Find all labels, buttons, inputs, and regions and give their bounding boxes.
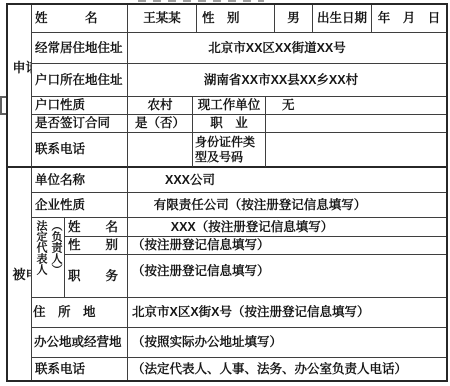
applicant-side-label: 申请人 (13, 58, 27, 77)
company-name-label-cell: 单位名称 (32, 168, 128, 193)
respondent-residence-label: 住 所 地 (33, 305, 96, 319)
occupation-value-cell (266, 115, 446, 133)
legal-rep-title-label-cell: 职 务 (65, 255, 128, 298)
household-address-value-cell: 湖南省XX市XX县XX乡XX村 (128, 64, 446, 97)
legal-rep-label: 法定代表人 (34, 220, 47, 275)
id-type-number-label-cell: 身份证件类型及号码 (193, 133, 266, 168)
gender-label: 性 别 (202, 11, 240, 25)
legal-rep-title-label: 职 务 (68, 269, 118, 283)
applicant-phone-label: 联系电话 (35, 142, 85, 156)
respondent-side-label-cell: 被申请人 (8, 168, 32, 380)
household-type-label-cell: 户口性质 (32, 97, 128, 115)
residence-address-value: 北京市XX区XX街道XX号 (208, 41, 346, 55)
company-type-value: 有限责任公司（按注册登记信息填写） (154, 198, 367, 212)
office-location-label: 办公地或经营地 (34, 335, 122, 349)
contract-signed-label-cell: 是否签订合同 (32, 115, 128, 133)
household-type-value: 农村 (147, 98, 172, 112)
household-address-label: 户口所在地住址 (35, 73, 123, 87)
respondent-side-label: 被申请人 (13, 262, 27, 287)
name-label: 姓 名 (35, 11, 98, 25)
id-type-number-value-cell (266, 133, 446, 168)
id-type-number-label: 身份证件类型及号码 (195, 135, 265, 164)
form-page: 申请人 姓 名 王某某 性 别 男 出生日期 年 月 日 经常居住地住址 北京市… (0, 0, 450, 386)
household-address-label-cell: 户口所在地住址 (32, 64, 128, 97)
work-unit-value-cell: 无 (266, 97, 446, 115)
household-address-value: 湖南省XX市XX县XX乡XX村 (204, 73, 358, 87)
office-location-label-cell: 办公地或经营地 (32, 328, 128, 358)
gender-value: 男 (287, 11, 300, 25)
birthdate-value-cell: 年 月 日 (372, 5, 446, 33)
legal-rep-name-value-cell: XXX（按注册登记信息填写） (128, 218, 446, 237)
legal-rep-gender-value: （按注册登记信息填写） (132, 238, 270, 252)
occupation-label-cell: 职 业 (193, 115, 266, 133)
occupation-label: 职 业 (210, 116, 248, 130)
birthdate-value: 年 月 日 (378, 11, 441, 25)
name-value-cell: 王某某 (128, 5, 197, 33)
legal-rep-name-value: XXX（按注册登记信息填写） (171, 220, 334, 234)
household-type-label: 户口性质 (35, 98, 85, 112)
legal-rep-gender-label: 性 别 (68, 238, 118, 252)
respondent-phone-value: （法定代表人、人事、法务、办公室负责人电话） (132, 362, 407, 376)
legal-rep-name-label: 姓 名 (68, 220, 118, 234)
legal-rep-title-value-cell: （按注册登记信息填写） (128, 255, 446, 298)
applicant-phone-value-cell (128, 133, 193, 168)
residence-address-label: 经常居住地住址 (35, 41, 123, 55)
legal-rep-label-paren: （负责人） (49, 220, 62, 275)
company-name-value: XXX公司 (165, 173, 215, 187)
respondent-phone-label: 联系电话 (35, 362, 85, 376)
legal-rep-header-cell: 法定代表人 （负责人） (32, 218, 65, 298)
work-unit-label: 现工作单位 (198, 98, 261, 112)
respondent-phone-value-cell: （法定代表人、人事、法务、办公室负责人电话） (128, 358, 446, 380)
office-location-value: （按照实际办公地址填写） (132, 335, 282, 349)
company-name-label: 单位名称 (35, 173, 85, 187)
birthdate-label: 出生日期 (317, 11, 367, 25)
household-type-value-cell: 农村 (128, 97, 193, 115)
residence-address-value-cell: 北京市XX区XX街道XX号 (128, 33, 446, 64)
contract-signed-value-cell: 是（否） (128, 115, 193, 133)
respondent-residence-label-cell: 住 所 地 (32, 298, 128, 328)
respondent-phone-label-cell: 联系电话 (32, 358, 128, 380)
legal-rep-name-label-cell: 姓 名 (65, 218, 128, 237)
respondent-residence-value: 北京市X区X街X号（按注册登记信息填写） (132, 305, 370, 319)
office-location-value-cell: （按照实际办公地址填写） (128, 328, 446, 358)
name-value: 王某某 (143, 11, 181, 25)
legal-rep-gender-value-cell: （按注册登记信息填写） (128, 237, 446, 255)
birthdate-label-cell: 出生日期 (313, 5, 372, 33)
work-unit-label-cell: 现工作单位 (193, 97, 266, 115)
contract-signed-label: 是否签订合同 (35, 116, 110, 130)
company-type-label: 企业性质 (35, 198, 85, 212)
company-type-label-cell: 企业性质 (32, 193, 128, 218)
company-name-value-cell: XXX公司 (128, 168, 446, 193)
gender-value-cell: 男 (275, 5, 313, 33)
company-type-value-cell: 有限责任公司（按注册登记信息填写） (128, 193, 446, 218)
applicant-phone-label-cell: 联系电话 (32, 133, 128, 168)
applicant-side-label-cell: 申请人 (8, 5, 32, 168)
work-unit-value: 无 (282, 98, 295, 112)
residence-address-label-cell: 经常居住地住址 (32, 33, 128, 64)
cropped-text-artifact (138, 0, 264, 2)
contract-signed-value: 是（否） (135, 116, 185, 130)
legal-rep-title-value: （按注册登记信息填写） (132, 264, 270, 278)
name-label-cell: 姓 名 (32, 5, 128, 33)
gender-label-cell: 性 别 (197, 5, 275, 33)
legal-rep-gender-label-cell: 性 别 (65, 237, 128, 255)
respondent-residence-value-cell: 北京市X区X街X号（按注册登记信息填写） (128, 298, 446, 328)
